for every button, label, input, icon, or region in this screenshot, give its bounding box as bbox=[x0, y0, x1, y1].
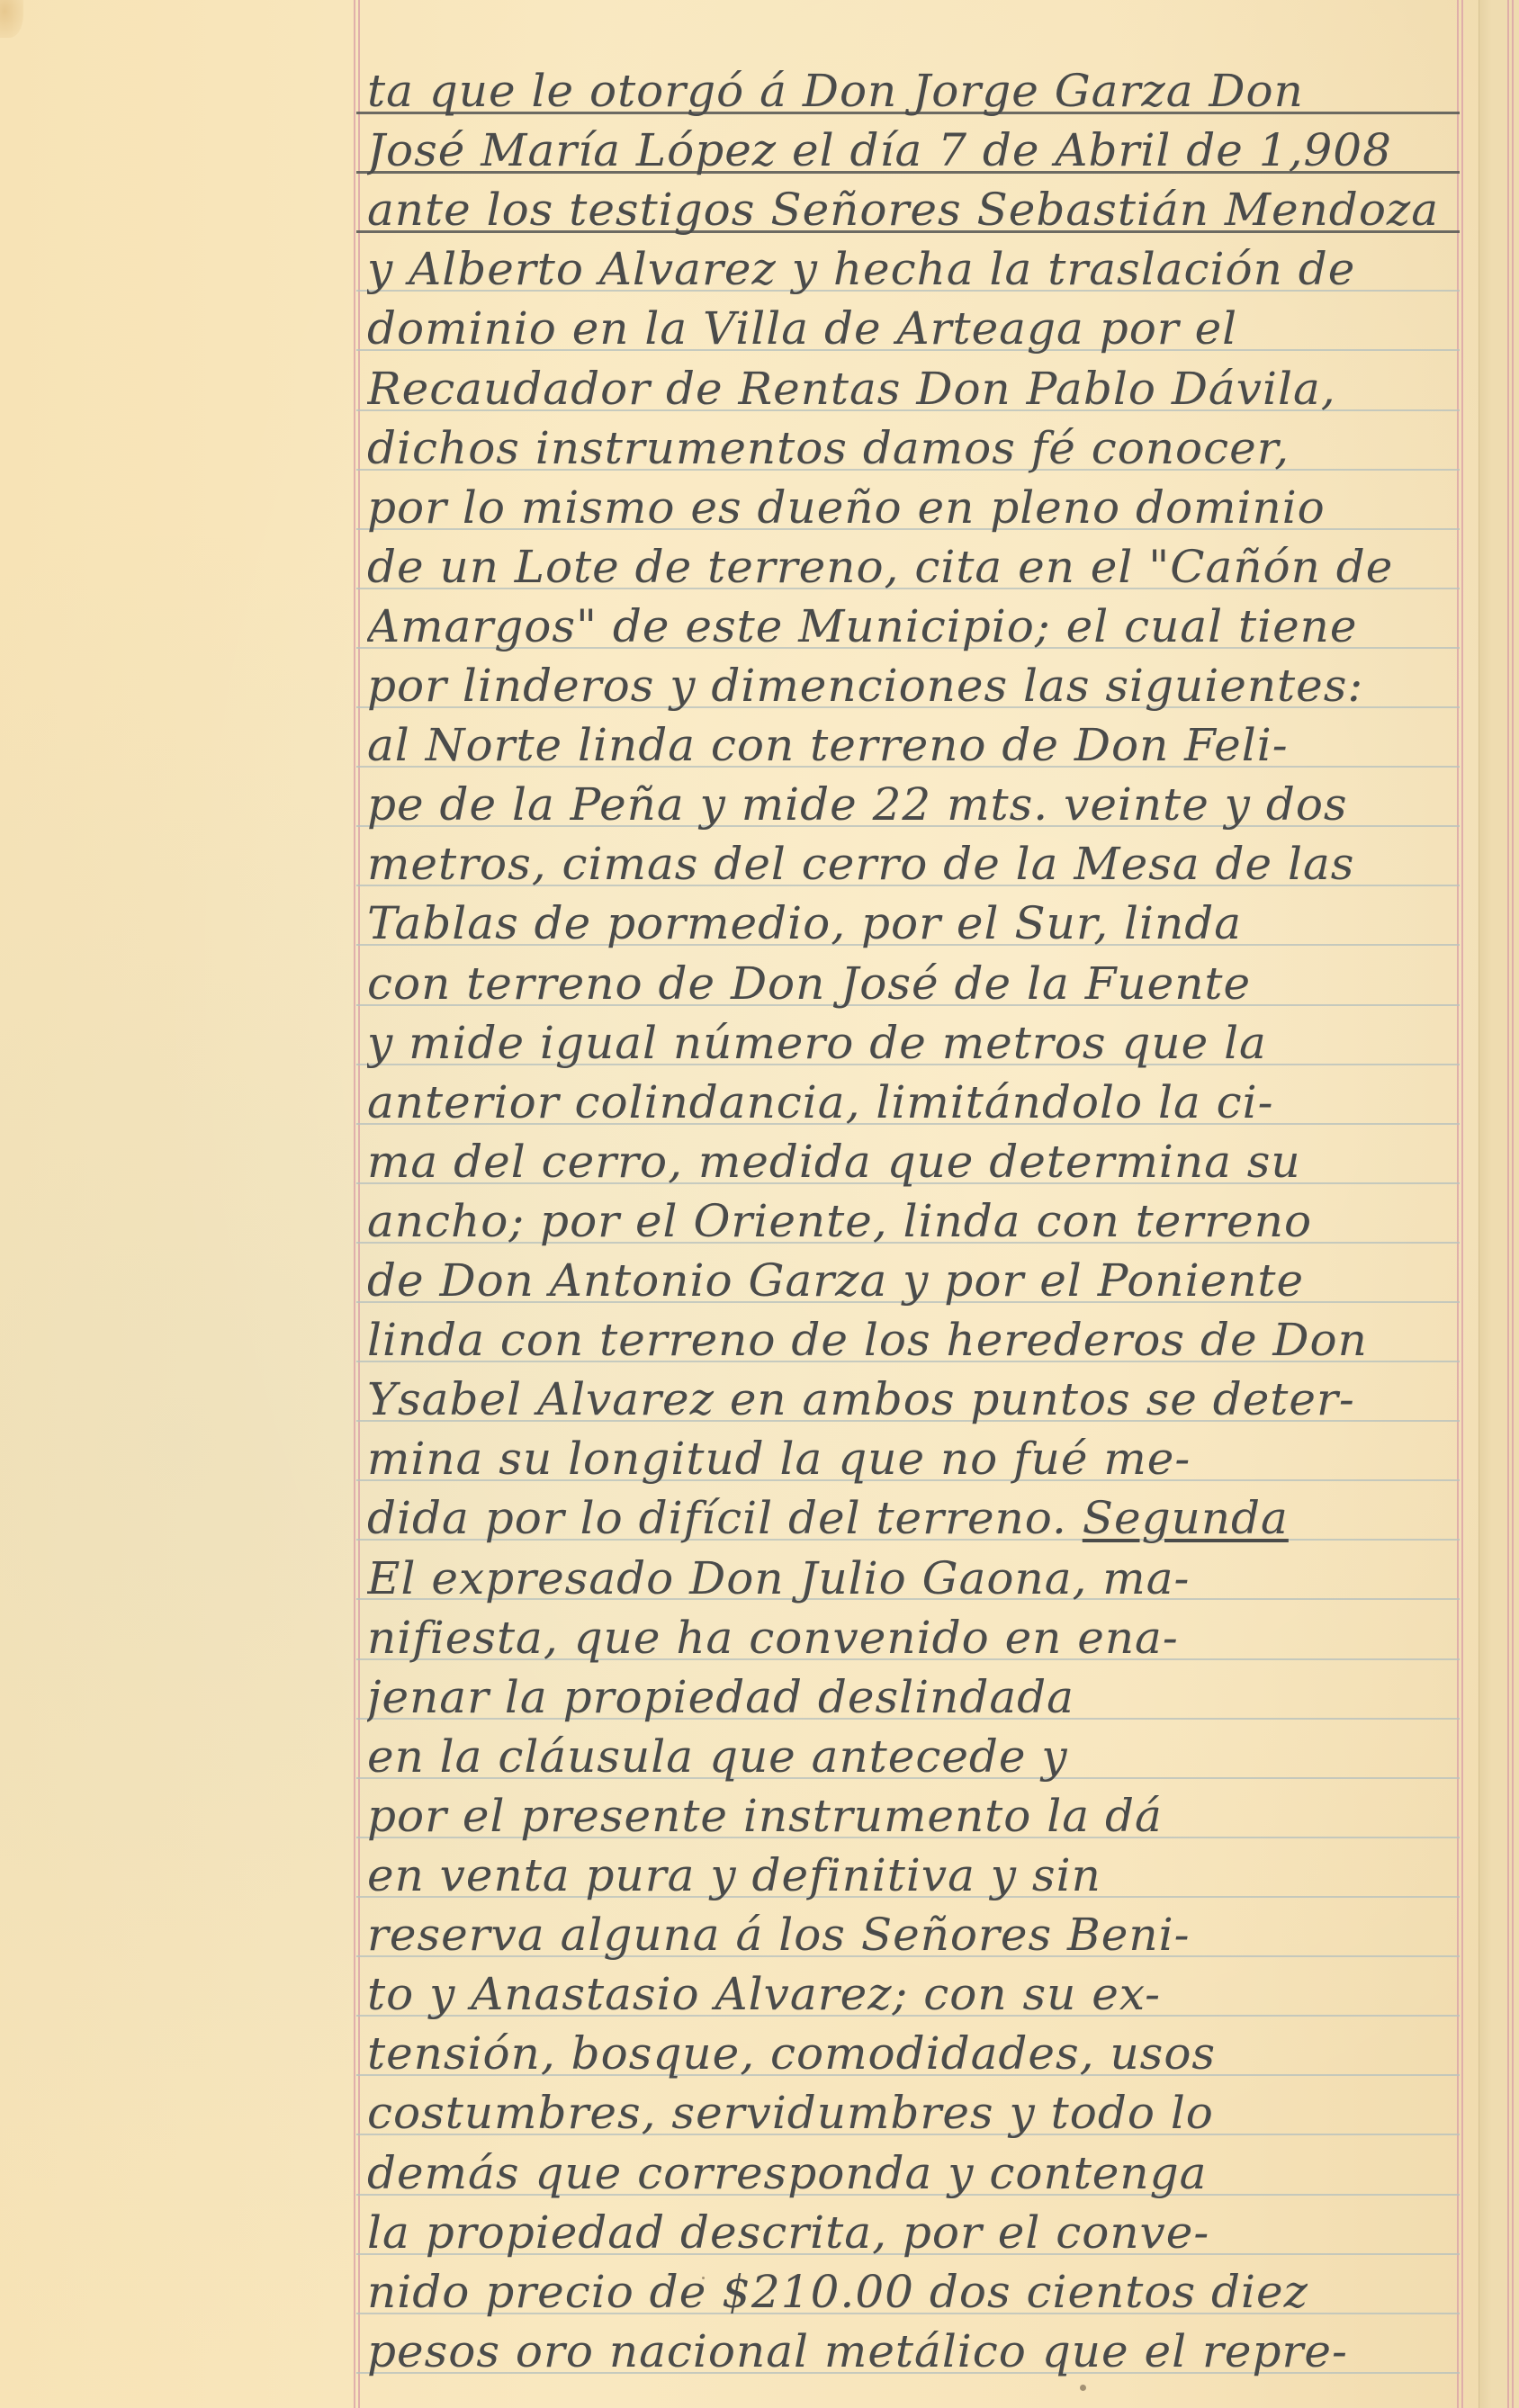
text-line: nido precio de $210.00 dos cientos diez bbox=[367, 2262, 1465, 2322]
text-line: al Norte linda con terreno de Don Feli- bbox=[367, 715, 1465, 775]
text-line: y Alberto Alvarez y hecha la traslación … bbox=[367, 239, 1465, 299]
text-line: pe de la Peña y mide 22 mts. veinte y do… bbox=[367, 775, 1465, 834]
text-line: dominio en la Villa de Arteaga por el bbox=[367, 299, 1465, 358]
text-line: jenar la propiedad deslindada bbox=[367, 1667, 1465, 1727]
text-line: linda con terreno de los herederos de Do… bbox=[367, 1310, 1465, 1370]
text-line: El expresado Don Julio Gaona, ma- bbox=[367, 1549, 1465, 1608]
text-line: dichos instrumentos damos fé conocer, bbox=[367, 418, 1465, 478]
text-line: de Don Antonio Garza y por el Poniente bbox=[367, 1251, 1465, 1310]
text-line: José María López el día 7 de Abril de 1,… bbox=[367, 121, 1465, 180]
text-line-body: dida por lo difícil del terreno. bbox=[367, 1492, 1067, 1544]
text-line: ta que le otorgó á Don Jorge Garza Don bbox=[367, 61, 1465, 121]
text-line: con terreno de Don José de la Fuente bbox=[367, 954, 1465, 1013]
text-line: por lo mismo es dueño en pleno dominio bbox=[367, 478, 1465, 537]
text-line: la propiedad descrita, por el conve- bbox=[367, 2203, 1465, 2262]
text-line: en venta pura y definitiva y sin bbox=[367, 1846, 1465, 1905]
text-line: dida por lo difícil del terreno. Segunda bbox=[367, 1488, 1465, 1548]
left-margin-rule bbox=[354, 0, 355, 2408]
text-line: demás que corresponda y contenga bbox=[367, 2143, 1465, 2203]
text-line: pesos oro nacional metálico que el repre… bbox=[367, 2322, 1465, 2381]
text-line: anterior colindancia, limitándolo la ci- bbox=[367, 1073, 1465, 1132]
text-line: por linderos y dimenciones las siguiente… bbox=[367, 656, 1465, 715]
text-line: Recaudador de Rentas Don Pablo Dávila, bbox=[367, 359, 1465, 418]
text-line: de un Lote de terreno, cita en el "Cañón… bbox=[367, 537, 1465, 597]
text-line: tensión, bosque, comodidades, usos bbox=[367, 2024, 1465, 2083]
text-line: metros, cimas del cerro de la Mesa de la… bbox=[367, 834, 1465, 894]
left-margin-rule bbox=[358, 0, 360, 2408]
adjacent-margin-rule bbox=[1507, 0, 1509, 2408]
paper-stain bbox=[0, 0, 23, 38]
text-line: reserva alguna á los Señores Beni- bbox=[367, 1905, 1465, 1964]
text-line: ancho; por el Oriente, linda con terreno bbox=[367, 1191, 1465, 1251]
text-line: mina su longitud la que no fué me- bbox=[367, 1429, 1465, 1488]
ink-speck bbox=[1080, 2385, 1086, 2391]
text-line: en la cláusula que antecede y bbox=[367, 1727, 1465, 1786]
text-line: costumbres, servidumbres y todo lo bbox=[367, 2083, 1465, 2143]
section-heading: Segunda bbox=[1083, 1492, 1289, 1544]
adjacent-margin-rule bbox=[1512, 0, 1514, 2408]
text-line: to y Anastasio Alvarez; con su ex- bbox=[367, 1964, 1465, 2024]
text-line: Tablas de pormedio, por el Sur, linda bbox=[367, 894, 1465, 953]
text-line: por el presente instrumento la dá bbox=[367, 1786, 1465, 1846]
ink-speck bbox=[702, 2277, 705, 2279]
text-line: ante los testigos Señores Sebastián Mend… bbox=[367, 180, 1465, 239]
text-line: nifiesta, que ha convenido en ena- bbox=[367, 1608, 1465, 1667]
text-line: ma del cerro, medida que determina su bbox=[367, 1132, 1465, 1191]
text-line: y mide igual número de metros que la bbox=[367, 1013, 1465, 1073]
text-line: Ysabel Alvarez en ambos puntos se deter- bbox=[367, 1370, 1465, 1429]
text-line: Amargos" de este Municipio; el cual tien… bbox=[367, 597, 1465, 656]
